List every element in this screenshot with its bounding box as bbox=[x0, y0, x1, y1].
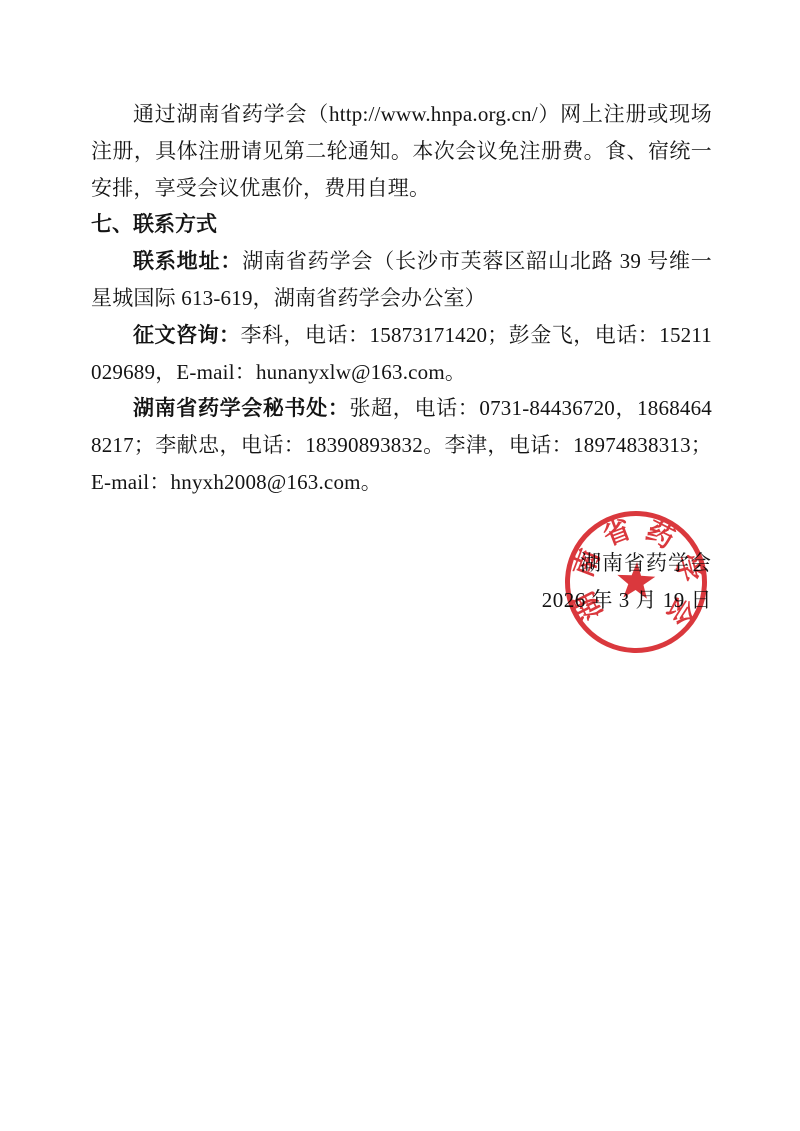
contact-address-label: 联系地址： bbox=[133, 249, 242, 273]
section-heading-contact-info: 七、联系方式 bbox=[91, 206, 712, 243]
paper-consult-label: 征文咨询： bbox=[133, 323, 241, 347]
document-body: 通过湖南省药学会（http://www.hnpa.org.cn/）网上注册或现场… bbox=[91, 96, 712, 501]
paragraph-secretariat: 湖南省药学会秘书处：张超，电话：0731-84436720，1868464821… bbox=[91, 390, 712, 500]
secretariat-label: 湖南省药学会秘书处： bbox=[133, 396, 350, 420]
document-page: 通过湖南省药学会（http://www.hnpa.org.cn/）网上注册或现场… bbox=[0, 0, 800, 1131]
signature-org: 湖南省药学会 bbox=[542, 545, 712, 582]
paragraph-registration: 通过湖南省药学会（http://www.hnpa.org.cn/）网上注册或现场… bbox=[91, 96, 712, 206]
signature-date: 2026 年 3 月 19 日 bbox=[542, 582, 712, 619]
paragraph-contact-address: 联系地址：湖南省药学会（长沙市芙蓉区韶山北路 39 号维一星城国际 613-61… bbox=[91, 243, 712, 317]
signature-block: 湖南省药学会 2026 年 3 月 19 日 bbox=[542, 545, 712, 619]
paragraph-paper-consult: 征文咨询：李科，电话：15873171420；彭金飞，电话：1521102968… bbox=[91, 317, 712, 391]
